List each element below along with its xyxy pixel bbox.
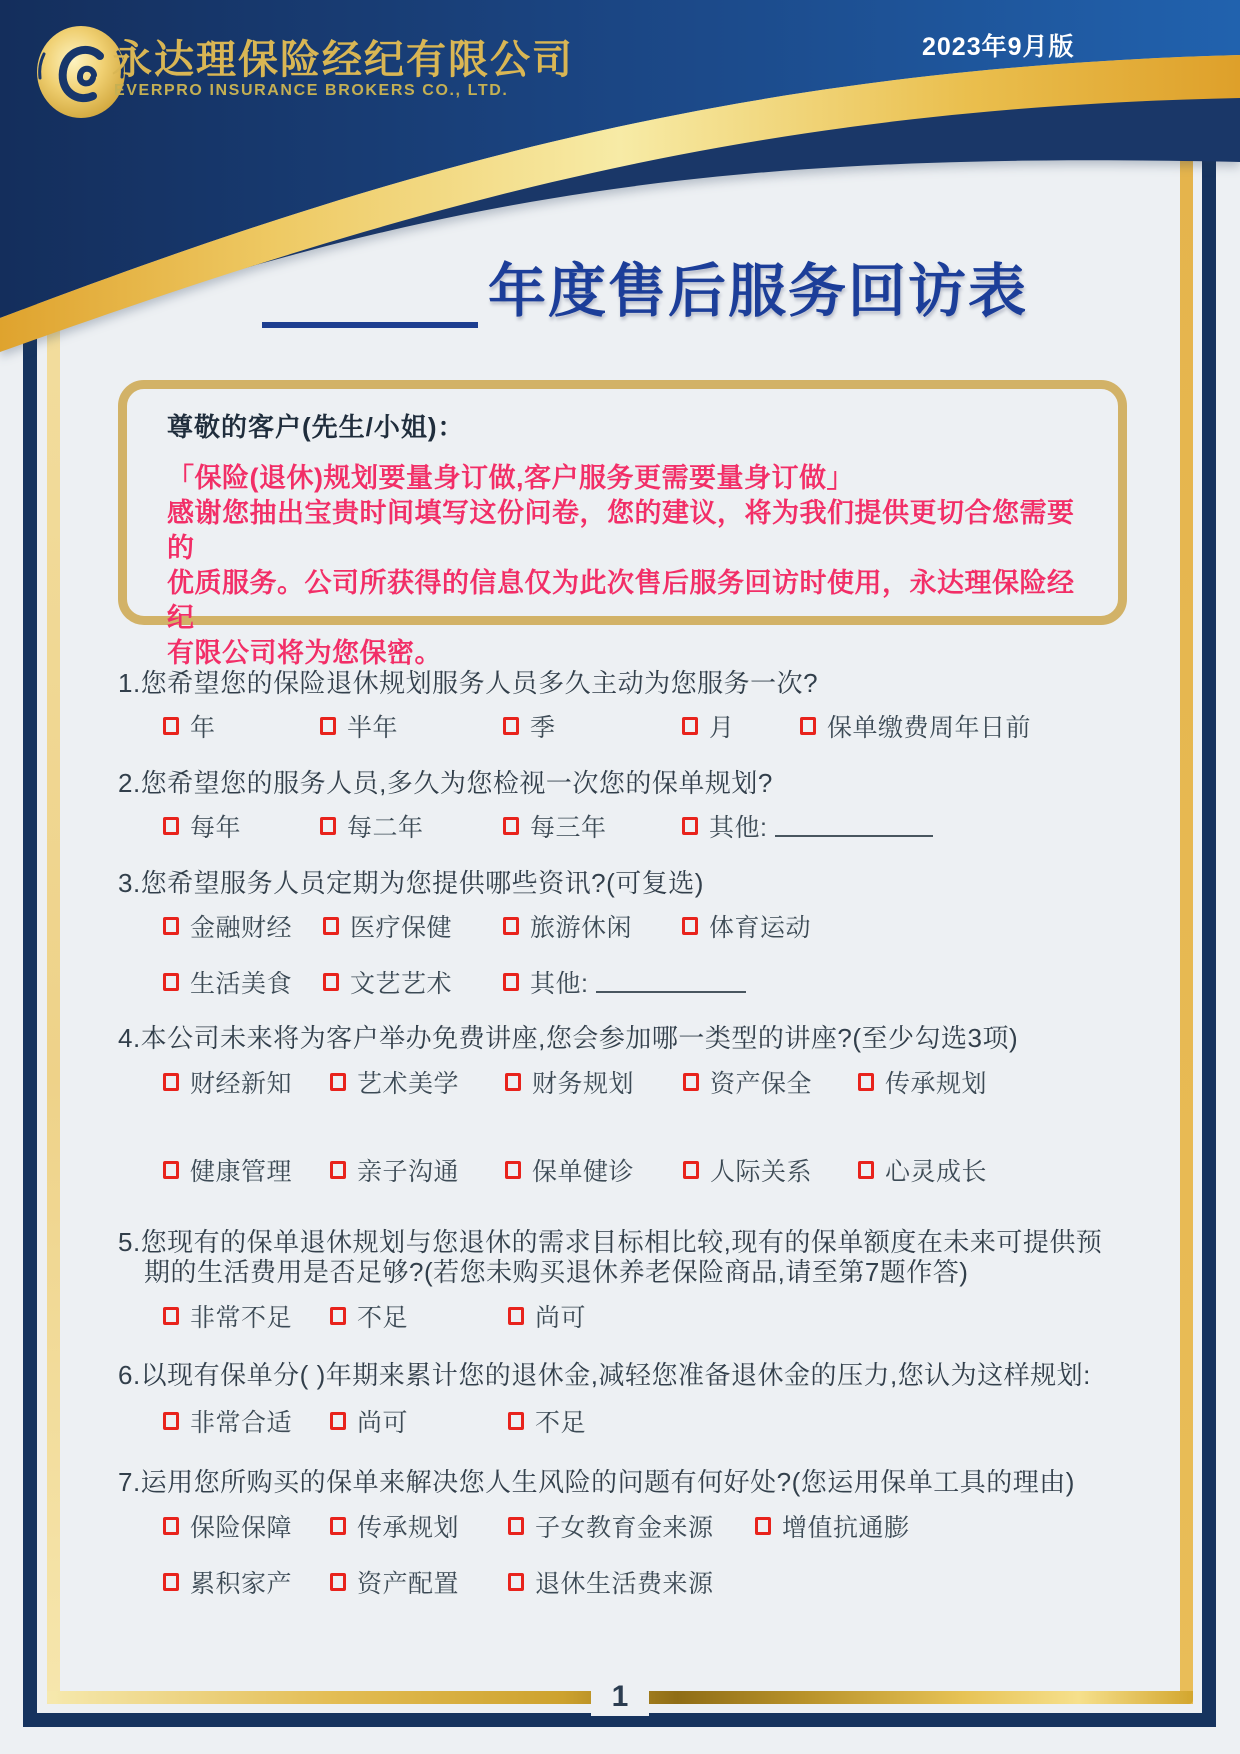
checkbox-icon[interactable] (163, 1412, 179, 1430)
checkbox-option[interactable]: 年 (163, 708, 216, 744)
option-label: 不足 (357, 1298, 408, 1334)
option-label: 年 (190, 708, 216, 744)
checkbox-icon[interactable] (505, 1073, 521, 1091)
option-label: 保险保障 (190, 1508, 292, 1544)
checkbox-option[interactable]: 半年 (320, 708, 398, 744)
option-label: 保单缴费周年日前 (827, 708, 1031, 744)
option-label: 非常合适 (190, 1403, 292, 1439)
checkbox-icon[interactable] (508, 1573, 524, 1591)
option-label: 财经新知 (190, 1064, 292, 1100)
checkbox-option[interactable]: 金融财经 (163, 908, 292, 944)
checkbox-option[interactable]: 传承规划 (330, 1508, 459, 1544)
option-label: 传承规划 (357, 1508, 459, 1544)
option-label: 健康管理 (190, 1152, 292, 1188)
question-7-options-row1: 保险保障 传承规划 子女教育金来源 增值抗通膨 (0, 1508, 1240, 1540)
checkbox-option[interactable]: 子女教育金来源 (508, 1508, 714, 1544)
checkbox-option[interactable]: 传承规划 (858, 1064, 987, 1100)
checkbox-icon[interactable] (163, 817, 179, 835)
question-1-text: 1.您希望您的保险退休规划服务人员多久主动为您服务一次? (118, 663, 818, 700)
question-3-options-row2: 生活美食 文艺艺术 其他: (0, 964, 1240, 996)
checkbox-icon[interactable] (800, 717, 816, 735)
checkbox-option[interactable]: 艺术美学 (330, 1064, 459, 1100)
checkbox-icon[interactable] (858, 1161, 874, 1179)
checkbox-icon[interactable] (683, 1073, 699, 1091)
checkbox-option[interactable]: 退休生活费来源 (508, 1564, 714, 1600)
option-label: 不足 (535, 1403, 586, 1439)
checkbox-option[interactable]: 文艺艺术 (323, 964, 452, 1000)
checkbox-icon[interactable] (163, 1573, 179, 1591)
checkbox-option[interactable]: 尚可 (330, 1403, 408, 1439)
option-label: 尚可 (357, 1403, 408, 1439)
fill-blank-line[interactable] (596, 971, 746, 993)
checkbox-option[interactable]: 累积家产 (163, 1564, 292, 1600)
checkbox-option[interactable]: 其他: (503, 964, 746, 1000)
checkbox-option[interactable]: 旅游休闲 (503, 908, 632, 944)
option-label: 其他: (709, 808, 767, 844)
checkbox-icon[interactable] (858, 1073, 874, 1091)
fill-blank-line[interactable] (775, 815, 933, 837)
checkbox-option[interactable]: 体育运动 (682, 908, 811, 944)
checkbox-option[interactable]: 增值抗通膨 (755, 1508, 910, 1544)
checkbox-option[interactable]: 保单健诊 (505, 1152, 634, 1188)
option-label: 人际关系 (710, 1152, 812, 1188)
option-label: 每三年 (530, 808, 607, 844)
checkbox-icon[interactable] (330, 1161, 346, 1179)
option-label: 每二年 (347, 808, 424, 844)
checkbox-icon[interactable] (163, 917, 179, 935)
checkbox-icon[interactable] (508, 1307, 524, 1325)
option-label: 累积家产 (190, 1564, 292, 1600)
option-label: 子女教育金来源 (535, 1508, 714, 1544)
option-label: 保单健诊 (532, 1152, 634, 1188)
checkbox-icon[interactable] (163, 717, 179, 735)
checkbox-icon[interactable] (163, 973, 179, 991)
page-number: 1 (591, 1678, 649, 1716)
question-3-text: 3.您希望服务人员定期为您提供哪些资讯?(可复选) (118, 863, 704, 900)
checkbox-icon[interactable] (163, 1307, 179, 1325)
checkbox-option[interactable]: 保单缴费周年日前 (800, 708, 1031, 744)
option-label: 心灵成长 (885, 1152, 987, 1188)
question-1-options: 年 半年 季 月 保单缴费周年日前 (0, 708, 1240, 740)
question-3-options-row1: 金融财经 医疗保健 旅游休闲 体育运动 (0, 908, 1240, 940)
option-label: 尚可 (535, 1298, 586, 1334)
checkbox-option[interactable]: 人际关系 (683, 1152, 812, 1188)
checkbox-option[interactable]: 生活美食 (163, 964, 292, 1000)
option-label: 每年 (190, 808, 241, 844)
option-label: 非常不足 (190, 1298, 292, 1334)
checkbox-option[interactable]: 资产配置 (330, 1564, 459, 1600)
question-6-options: 非常合适 尚可 不足 (0, 1403, 1240, 1435)
checkbox-option[interactable]: 不足 (330, 1298, 408, 1334)
checkbox-option[interactable]: 医疗保健 (323, 908, 452, 944)
version-label: 2023年9月版 (922, 27, 1075, 63)
checkbox-icon[interactable] (323, 973, 339, 991)
checkbox-option[interactable]: 其他: (682, 808, 933, 844)
checkbox-icon[interactable] (320, 817, 336, 835)
option-label: 旅游休闲 (530, 908, 632, 944)
option-label: 金融财经 (190, 908, 292, 944)
checkbox-option[interactable]: 尚可 (508, 1298, 586, 1334)
checkbox-icon[interactable] (503, 917, 519, 935)
checkbox-option[interactable]: 财务规划 (505, 1064, 634, 1100)
checkbox-icon[interactable] (163, 1161, 179, 1179)
question-2-options: 每年 每二年 每三年 其他: (0, 808, 1240, 840)
option-label: 其他: (530, 964, 588, 1000)
intro-box: 尊敬的客户(先生/小姐)： 「保险(退休)规划要量身订做,客户服务更需要量身订做… (118, 380, 1127, 625)
option-label: 半年 (347, 708, 398, 744)
checkbox-icon[interactable] (330, 1307, 346, 1325)
checkbox-icon[interactable] (755, 1517, 771, 1535)
survey-page: 1 (0, 0, 1240, 1754)
checkbox-icon[interactable] (330, 1573, 346, 1591)
checkbox-icon[interactable] (323, 917, 339, 935)
question-7-options-row2: 累积家产 资产配置 退休生活费来源 (0, 1564, 1240, 1596)
option-label: 亲子沟通 (357, 1152, 459, 1188)
intro-body: 「保险(退休)规划要量身订做,客户服务更需要量身订做」 感谢您抽出宝贵时间填写这… (167, 461, 1097, 671)
checkbox-icon[interactable] (330, 1412, 346, 1430)
checkbox-option[interactable]: 非常不足 (163, 1298, 292, 1334)
checkbox-icon[interactable] (320, 717, 336, 735)
option-label: 增值抗通膨 (782, 1508, 910, 1544)
checkbox-option[interactable]: 财经新知 (163, 1064, 292, 1100)
option-label: 季 (530, 708, 556, 744)
option-label: 体育运动 (709, 908, 811, 944)
question-2-text: 2.您希望您的服务人员,多久为您检视一次您的保单规划? (118, 763, 773, 800)
checkbox-option[interactable]: 保险保障 (163, 1508, 292, 1544)
checkbox-icon[interactable] (503, 817, 519, 835)
checkbox-option[interactable]: 月 (682, 708, 735, 744)
option-label: 财务规划 (532, 1064, 634, 1100)
title-fill-blank-line[interactable] (262, 322, 478, 328)
option-label: 医疗保健 (350, 908, 452, 944)
checkbox-icon[interactable] (508, 1517, 524, 1535)
checkbox-icon[interactable] (330, 1073, 346, 1091)
company-name-cn: 永达理保险经纪有限公司 (112, 28, 574, 85)
checkbox-icon[interactable] (503, 973, 519, 991)
option-label: 资产配置 (357, 1564, 459, 1600)
option-label: 文艺艺术 (350, 964, 452, 1000)
question-7-text: 7.运用您所购买的保单来解决您人生风险的问题有何好处?(您运用保单工具的理由) (118, 1462, 1075, 1499)
company-name-en: EVERPRO INSURANCE BROKERS CO., LTD. (114, 82, 508, 100)
checkbox-icon[interactable] (330, 1517, 346, 1535)
checkbox-option[interactable]: 心灵成长 (858, 1152, 987, 1188)
checkbox-option[interactable]: 每三年 (503, 808, 607, 844)
checkbox-icon[interactable] (163, 1073, 179, 1091)
checkbox-icon[interactable] (683, 1161, 699, 1179)
option-label: 退休生活费来源 (535, 1564, 714, 1600)
checkbox-option[interactable]: 每二年 (320, 808, 424, 844)
checkbox-icon[interactable] (503, 717, 519, 735)
checkbox-option[interactable]: 资产保全 (683, 1064, 812, 1100)
checkbox-option[interactable]: 亲子沟通 (330, 1152, 459, 1188)
checkbox-option[interactable]: 健康管理 (163, 1152, 292, 1188)
option-label: 生活美食 (190, 964, 292, 1000)
question-6-text: 6.以现有保单分( )年期来累计您的退休金,减轻您准备退休金的压力,您认为这样规… (118, 1355, 1091, 1392)
checkbox-option[interactable]: 非常合适 (163, 1403, 292, 1439)
question-4-options-row1: 财经新知 艺术美学 财务规划 资产保全 传承规划 (0, 1064, 1240, 1096)
question-4-options-row2: 健康管理 亲子沟通 保单健诊 人际关系 心灵成长 (0, 1152, 1240, 1184)
option-label: 艺术美学 (357, 1064, 459, 1100)
checkbox-icon[interactable] (508, 1412, 524, 1430)
checkbox-option[interactable]: 季 (503, 708, 556, 744)
intro-salutation: 尊敬的客户(先生/小姐)： (167, 407, 465, 444)
option-label: 传承规划 (885, 1064, 987, 1100)
option-label: 资产保全 (710, 1064, 812, 1100)
checkbox-icon[interactable] (505, 1161, 521, 1179)
checkbox-icon[interactable] (682, 717, 698, 735)
question-5-text-line2: 期的生活费用是否足够?(若您未购买退休养老保险商品,请至第7题作答) (144, 1252, 968, 1289)
page-title: 年度售后服务回访表 (488, 244, 1028, 328)
checkbox-icon[interactable] (163, 1517, 179, 1535)
question-4-text: 4.本公司未来将为客户举办免费讲座,您会参加哪一类型的讲座?(至少勾选3项) (118, 1018, 1018, 1055)
option-label: 月 (709, 708, 735, 744)
question-5-options: 非常不足 不足 尚可 (0, 1298, 1240, 1330)
checkbox-icon[interactable] (682, 917, 698, 935)
checkbox-option[interactable]: 不足 (508, 1403, 586, 1439)
checkbox-icon[interactable] (682, 817, 698, 835)
checkbox-option[interactable]: 每年 (163, 808, 241, 844)
